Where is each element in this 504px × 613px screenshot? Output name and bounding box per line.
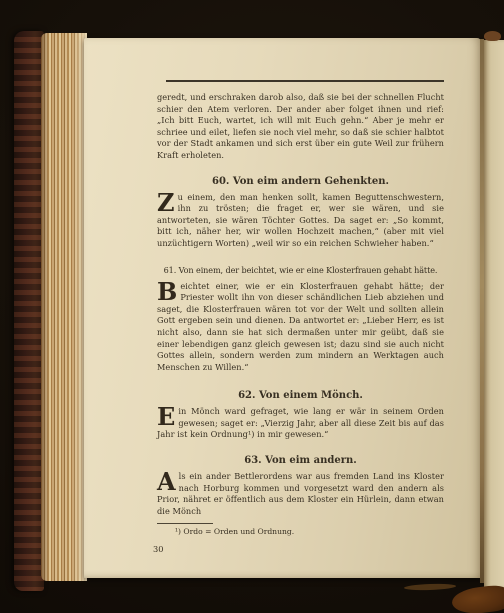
book-page: geredt, und erschraken darob also, daß s… xyxy=(84,38,481,578)
header-rule xyxy=(166,80,444,82)
page-number: 30 xyxy=(153,544,444,554)
section-heading-61: 61. Von einem, der beichtet, wie er eine… xyxy=(157,264,444,277)
book-photo: geredt, und erschraken darob also, daß s… xyxy=(0,0,504,613)
section-paragraph-60: Zu einem, den man henken sollt, kamen Be… xyxy=(157,192,444,250)
drop-cap-initial: A xyxy=(157,471,179,492)
section-heading-60: 60. Von eim andern Gehenkten. xyxy=(157,175,444,188)
section-body-text: eichtet einer, wie er ein Klosterfrauen … xyxy=(157,281,444,372)
facing-page-edge xyxy=(484,40,504,588)
page-stack-fore-edge xyxy=(41,33,87,581)
page-text-block: geredt, und erschraken darob also, daß s… xyxy=(157,38,444,554)
cover-wear-speck xyxy=(404,583,456,591)
section-body-text: ls ein ander Bettlerordens war aus fremd… xyxy=(157,471,444,516)
footnote: ¹) Ordo = Orden und Ordnung. xyxy=(175,527,444,537)
section-paragraph-61: Beichtet einer, wie er ein Klosterfrauen… xyxy=(157,281,444,374)
section-paragraph-62: Ein Mönch ward gefraget, wie lang er wär… xyxy=(157,406,444,441)
section-heading-63: 63. Von eim andern. xyxy=(157,454,444,467)
cover-corner xyxy=(451,584,504,613)
drop-cap-initial: B xyxy=(157,281,180,302)
facing-page-top-notch xyxy=(484,31,501,41)
section-body-text: u einem, den man henken sollt, kamen Beg… xyxy=(157,192,444,248)
section-paragraph-63: Als ein ander Bettlerordens war aus frem… xyxy=(157,471,444,517)
continuation-paragraph: geredt, und erschraken darob also, daß s… xyxy=(157,92,444,162)
section-heading-62: 62. Von einem Mönch. xyxy=(157,389,444,402)
section-body-text: in Mönch ward gefraget, wie lang er wär … xyxy=(157,406,444,439)
footnote-rule xyxy=(157,523,213,524)
drop-cap-initial: E xyxy=(157,406,178,427)
book-spine xyxy=(14,31,44,591)
drop-cap-initial: Z xyxy=(157,192,178,213)
